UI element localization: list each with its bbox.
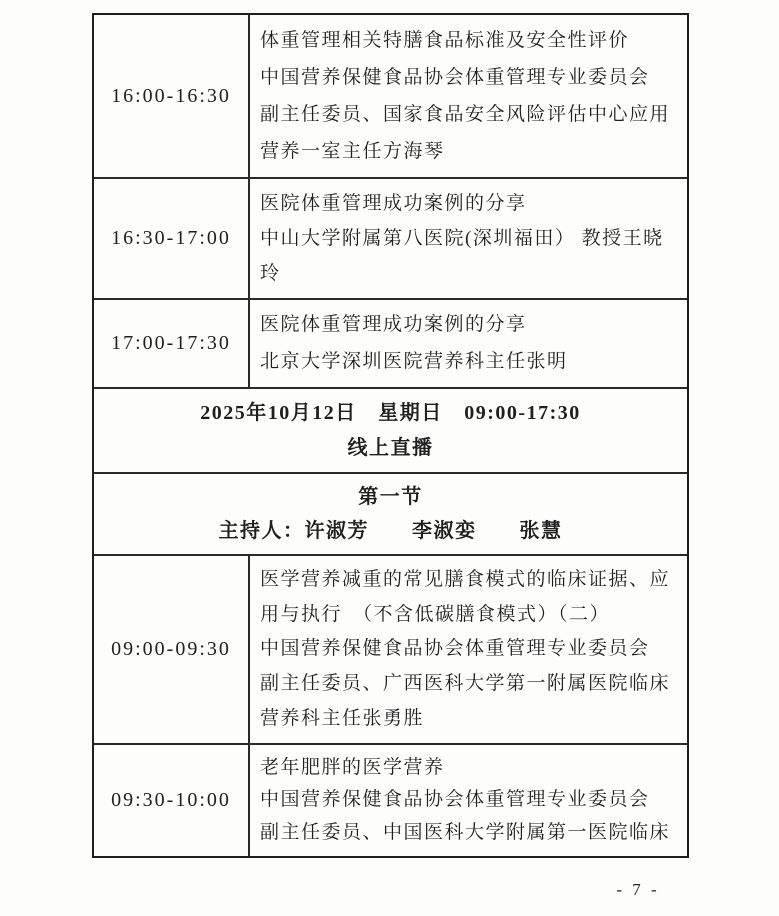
session-title: 医院体重管理成功案例的分享 [260,313,685,337]
session-cell: 医院体重管理成功案例的分享 中山大学附属第八医院(深圳福田） 教授王晓 玲 [250,179,687,298]
time-slot-cell: 17:00-17:30 [94,300,250,387]
session-speaker-line: 中国营养保健食品协会体重管理专业委员会 [260,637,685,661]
session-speaker-line: 中山大学附属第八医院(深圳福田） 教授王晓 [260,227,685,251]
day-header-row: 2025年10月12日 星期日 09:00-17:30 线上直播 [94,387,687,472]
session-cell: 医院体重管理成功案例的分享 北京大学深圳医院营养科主任张明 [250,300,687,387]
session-title: 医院体重管理成功案例的分享 [260,192,685,216]
agenda-row-1630: 16:30-17:00 医院体重管理成功案例的分享 中山大学附属第八医院(深圳福… [94,177,687,298]
agenda-row-0930: 09:30-10:00 老年肥胖的医学营养 中国营养保健食品协会体重管理专业委员… [94,743,687,856]
session-speaker-line: 营养一室主任方海琴 [260,140,685,164]
session-title: 用与执行 （不含低碳膳食模式）（二） [260,603,685,627]
time-slot-cell: 09:00-09:30 [94,556,250,743]
live-stream-text: 线上直播 [348,435,434,461]
time-slot-text: 09:30-10:00 [111,789,231,812]
session-title: 体重管理相关特膳食品标准及安全性评价 [260,29,685,53]
time-slot-text: 09:00-09:30 [111,638,231,661]
time-slot-text: 17:00-17:30 [111,332,231,355]
time-slot-cell: 09:30-10:00 [94,745,250,856]
session-speaker-line: 中国营养保健食品协会体重管理专业委员会 [260,66,685,90]
session-title: 老年肥胖的医学营养 [260,756,685,780]
session-cell: 老年肥胖的医学营养 中国营养保健食品协会体重管理专业委员会 副主任委员、中国医科… [250,745,687,856]
agenda-row-0900: 09:00-09:30 医学营养减重的常见膳食模式的临床证据、应 用与执行 （不… [94,554,687,743]
session-title: 医学营养减重的常见膳食模式的临床证据、应 [260,568,685,592]
session-speaker-line: 副主任委员、中国医科大学附属第一医院临床 [260,821,685,845]
hosts-text: 主持人：许淑芳 李淑娈 张慧 [219,518,563,544]
session-speaker-line: 玲 [260,262,685,286]
session-cell: 体重管理相关特膳食品标准及安全性评价 中国营养保健食品协会体重管理专业委员会 副… [250,15,687,177]
page-number: - 7 - [598,880,678,900]
section-title-text: 第一节 [358,484,423,510]
time-slot-text: 16:00-16:30 [111,85,231,108]
time-slot-text: 16:30-17:00 [111,227,231,250]
section-header-row: 第一节 主持人：许淑芳 李淑娈 张慧 [94,472,687,554]
session-cell: 医学营养减重的常见膳食模式的临床证据、应 用与执行 （不含低碳膳食模式）（二） … [250,556,687,743]
session-speaker-line: 副主任委员、广西医科大学第一附属医院临床 [260,672,685,696]
time-slot-cell: 16:30-17:00 [94,179,250,298]
session-speaker-line: 副主任委员、国家食品安全风险评估中心应用 [260,103,685,127]
agenda-row-1700: 17:00-17:30 医院体重管理成功案例的分享 北京大学深圳医院营养科主任张… [94,298,687,387]
session-speaker-line: 北京大学深圳医院营养科主任张明 [260,350,685,374]
session-speaker-line: 营养科主任张勇胜 [260,707,685,731]
time-slot-cell: 16:00-16:30 [94,15,250,177]
session-speaker-line: 中国营养保健食品协会体重管理专业委员会 [260,788,685,812]
agenda-row-1600: 16:00-16:30 体重管理相关特膳食品标准及安全性评价 中国营养保健食品协… [94,15,687,177]
agenda-table: 16:00-16:30 体重管理相关特膳食品标准及安全性评价 中国营养保健食品协… [92,13,689,858]
day-date-text: 2025年10月12日 星期日 09:00-17:30 [200,400,580,426]
